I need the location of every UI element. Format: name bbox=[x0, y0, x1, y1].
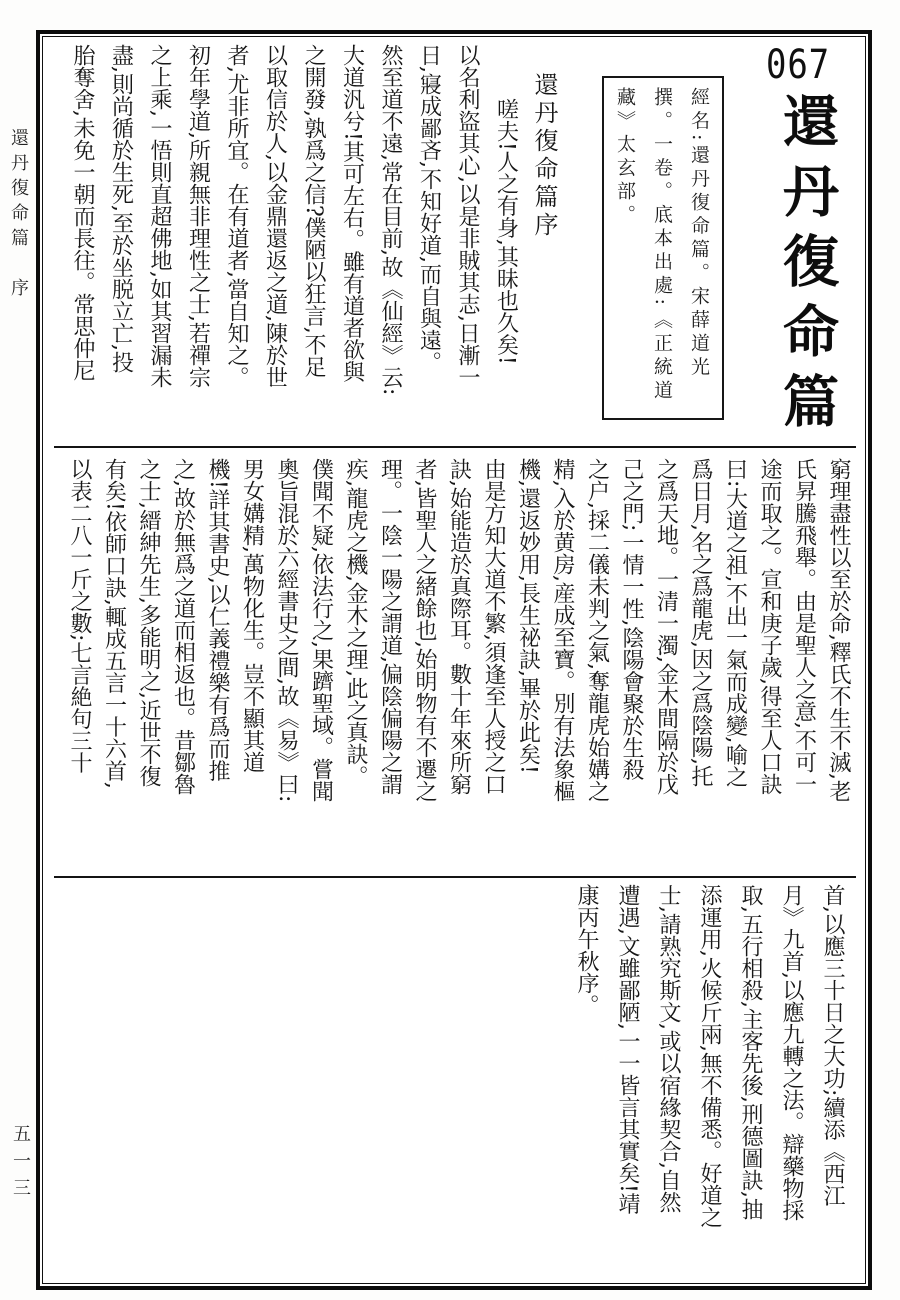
text-column: 遭遇,文雖鄙陋,一一皆言其實矣!靖 bbox=[607, 884, 648, 1274]
text-column: 有矣!依師口訣,輒成五言一十六首, bbox=[96, 458, 131, 870]
text-column: 途而取之。宣和庚子歲,得至人口訣 bbox=[752, 458, 787, 870]
text-column: 理。一陰一陽之謂道,偏陰偏陽之謂 bbox=[372, 458, 407, 870]
text-column: 男女媾精,萬物化生。豈不顯其道 bbox=[234, 458, 269, 870]
text-column: 初年學道,所親無非理性之士,若禪宗 bbox=[178, 44, 217, 448]
section-divider bbox=[54, 446, 856, 448]
text-column: 添運用,火候斤兩,無不備悉。好道之 bbox=[689, 884, 730, 1274]
text-column: 月》九首,以應九轉之法。辯藥物採 bbox=[771, 884, 812, 1274]
preface-section-3: 首,以應三十日之大功;續添《西江 月》九首,以應九轉之法。辯藥物採 取,五行相殺… bbox=[566, 884, 853, 1274]
section-divider bbox=[54, 876, 856, 878]
colophon-columns: 經名:還丹復命篇。宋薛道光 撰。一卷。底本出處:《正統道 藏》太玄部。 bbox=[604, 78, 722, 418]
text-column: 取,五行相殺,主客先後,刑德圖訣,抽 bbox=[730, 884, 771, 1274]
text-column: 士,請熟究斯文,或以宿緣契合,自然 bbox=[648, 884, 689, 1274]
preface-section-2: 窮理盡性以至於命,釋氏不生不滅,老 氏昇騰飛舉。由是聖人之意,不可一 途而取之。… bbox=[61, 458, 855, 870]
margin-title: 還丹復命篇 序 bbox=[5, 128, 31, 303]
text-column: 盡,則尚循於生死,至於坐脱立亡,投 bbox=[101, 44, 140, 448]
text-column: 以名利盜其心,以是非賊其志,日漸一 bbox=[448, 44, 487, 448]
text-column: 然至道不遠,常在目前,故《仙經》云: bbox=[371, 44, 410, 448]
text-column: 由是方知大道不繁,須逢至人授之口 bbox=[476, 458, 511, 870]
text-column: 康丙午秋序。 bbox=[566, 884, 607, 1274]
colophon-box: 經名:還丹復命篇。宋薛道光 撰。一卷。底本出處:《正統道 藏》太玄部。 bbox=[602, 76, 724, 420]
text-column: 以表二八一斤之數;七言絶句三十 bbox=[62, 458, 97, 870]
text-column: 之開發,孰爲之信?僕陋以狂言,不足 bbox=[294, 44, 333, 448]
text-column: 之上乘,一悟則直超佛地,如其習漏未 bbox=[140, 44, 179, 448]
text-column: 以取信於人,以金鼎還返之道,陳於世 bbox=[255, 44, 294, 448]
text-column: 首,以應三十日之大功;續添《西江 bbox=[812, 884, 853, 1274]
folio-page-number: 五一三 bbox=[7, 1124, 33, 1205]
text-column: 日,寢成鄙吝,不知好道,而自與遠。 bbox=[409, 44, 448, 448]
text-column: 訣,始能造於真際耳。數十年來所窮 bbox=[441, 458, 476, 870]
text-column: 機,還返妙用,長生祕訣,畢於此矣! bbox=[510, 458, 545, 870]
colophon-column: 藏》太玄部。 bbox=[606, 87, 643, 409]
text-column: 機!詳其書史,以仁義禮樂有爲而推 bbox=[200, 458, 235, 870]
book-title: 還丹復命篇 bbox=[767, 92, 847, 442]
scanned-page: 還丹復命篇 序 五一三 067 還丹復命篇 經名:還丹復命篇。宋薛道光 撰。一卷… bbox=[0, 0, 900, 1300]
text-column: 者,尤非所宜。在有道者,當自知之。 bbox=[217, 44, 256, 448]
text-column: 窮理盡性以至於命,釋氏不生不滅,老 bbox=[821, 458, 856, 870]
text-column: 之,故於無爲之道而相返也。昔鄒魯 bbox=[165, 458, 200, 870]
text-column: 疾,龍虎之機,金木之理,此之真訣。 bbox=[338, 458, 373, 870]
text-column: 曰:大道之祖,不出一氣而成變,喻之 bbox=[717, 458, 752, 870]
colophon-column: 撰。一卷。底本出處:《正統道 bbox=[643, 87, 680, 409]
text-column: 氏昇騰飛舉。由是聖人之意,不可一 bbox=[786, 458, 821, 870]
preface-section-1: 還丹復命篇序 嗟夫!人之有身,其昧也久矣! 以名利盜其心,以是非賊其志,日漸一 … bbox=[62, 44, 563, 448]
colophon-column: 經名:還丹復命篇。宋薛道光 bbox=[680, 87, 717, 409]
preface-heading: 還丹復命篇序 bbox=[525, 44, 564, 448]
text-column: 爲日月,名之爲龍虎,因之爲陰陽,托 bbox=[683, 458, 718, 870]
text-column: 精,入於黄房,産成至寶。別有法象樞 bbox=[545, 458, 580, 870]
text-column: 奧旨混於六經書史之間,故《易》曰: bbox=[269, 458, 304, 870]
text-column: 之户,採二儀未判之氣,奪龍虎始媾之 bbox=[579, 458, 614, 870]
text-column: 之爲天地。一清一濁,金木間隔於戊 bbox=[648, 458, 683, 870]
text-column: 大道汎兮!其可左右。雖有道者欲與 bbox=[332, 44, 371, 448]
text-column: 己之門;一情一性,陰陽會聚於生殺 bbox=[614, 458, 649, 870]
text-column: 者,皆聖人之緒餘也,始明物有不遷之 bbox=[407, 458, 442, 870]
text-column: 嗟夫!人之有身,其昧也久矣! bbox=[486, 44, 525, 448]
text-column: 僕聞不疑,依法行之,果躋聖域。嘗聞 bbox=[303, 458, 338, 870]
document-serial-number: 067 bbox=[766, 42, 830, 88]
text-column: 胎奪舍,未免一朝而長往。常思仲尼 bbox=[63, 44, 102, 448]
text-column: 之士,縉紳先生,多能明之,近世不復 bbox=[131, 458, 166, 870]
